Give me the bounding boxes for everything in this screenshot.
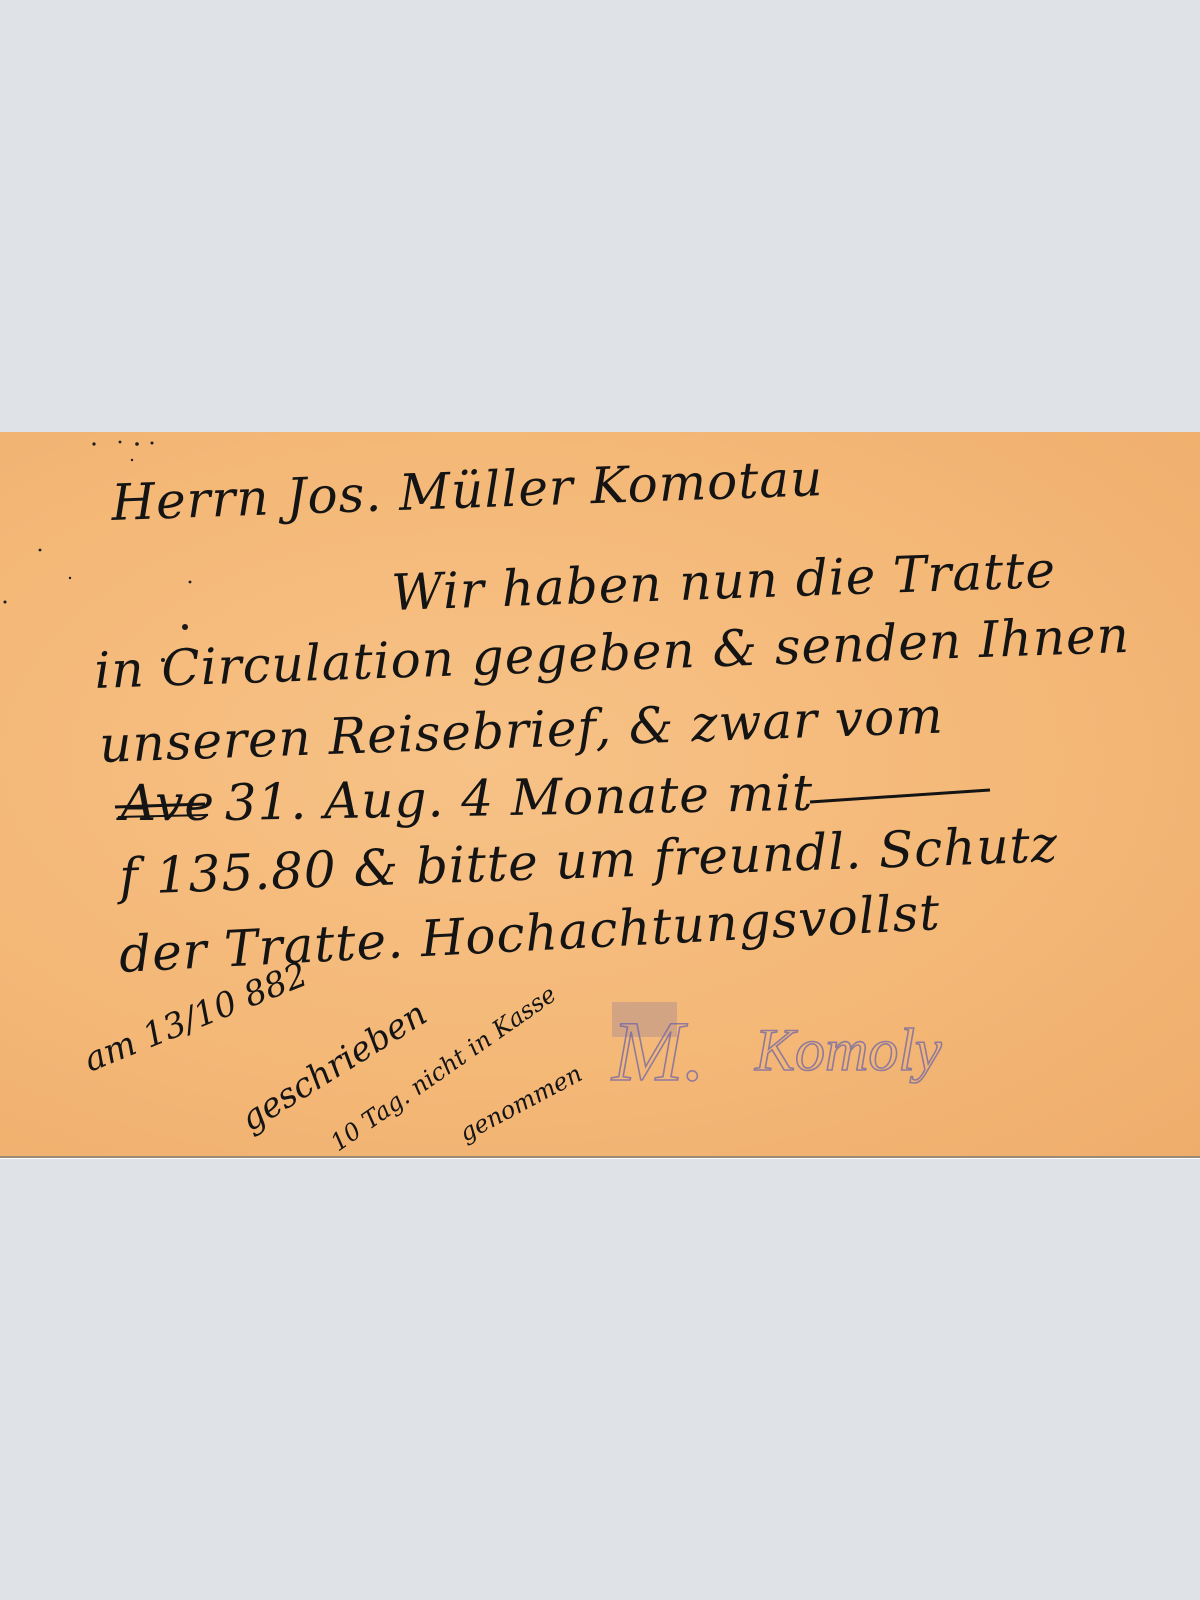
struck-word: Ave: [115, 774, 215, 832]
note-genommen: genommen: [455, 1059, 587, 1147]
stamp-initial: M.: [610, 1003, 705, 1099]
body-line-1: Wir haben nun die Tratte: [390, 541, 1056, 622]
stamp-name: Komoly: [754, 1017, 942, 1083]
note-geschrieben: geschrieben: [234, 994, 434, 1140]
underline: [810, 790, 990, 802]
postcard: Herrn Jos. Müller Komotau Wir haben nun …: [0, 432, 1200, 1158]
sender-stamp: M. Komoly: [610, 1002, 942, 1099]
page: Herrn Jos. Müller Komotau Wir haben nun …: [0, 0, 1200, 1600]
salutation-line: Herrn Jos. Müller Komotau: [109, 449, 824, 532]
postcard-canvas: Herrn Jos. Müller Komotau Wir haben nun …: [0, 432, 1200, 1156]
body-line-2: in Circulation gegeben & senden Ihnen: [93, 606, 1130, 700]
body-line-4: 31. Aug. 4 Monate mit: [224, 764, 814, 832]
body-line-3: unseren Reisebrief, & zwar vom: [98, 687, 944, 774]
